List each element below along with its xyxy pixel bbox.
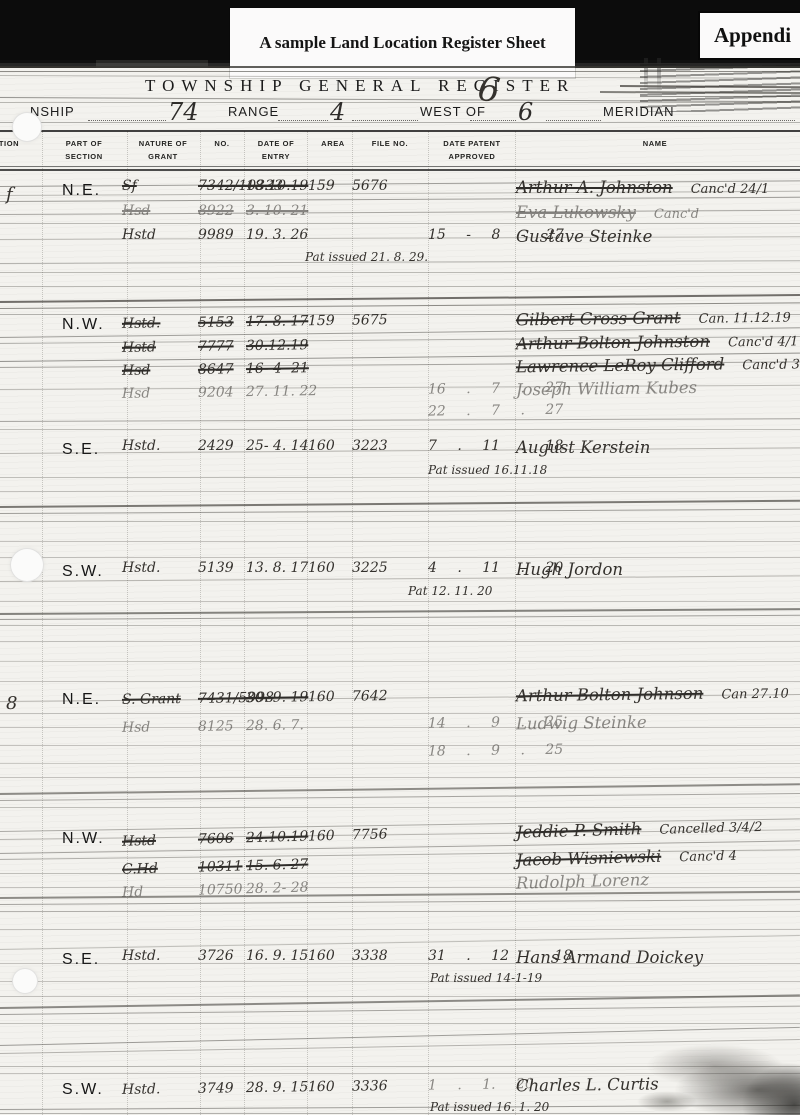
scan-streak-line	[0, 491, 800, 492]
entry-name: Ludwig Steinke	[516, 713, 647, 734]
entry-nature: Hstd.	[122, 560, 160, 576]
entry-nature: Hstd.	[122, 315, 161, 332]
entry-nature: Hsd	[122, 362, 151, 378]
column-header: PART OF SECTION	[39, 138, 129, 164]
scan-streak-line	[0, 314, 800, 315]
scan-streak-line	[0, 625, 800, 626]
entry-no: 9204	[198, 384, 234, 400]
scan-streak-line	[0, 1023, 800, 1024]
column-header: FILE NO.	[345, 138, 435, 151]
scan-streak-line	[0, 929, 800, 930]
entry-name: Joseph William Kubes	[516, 378, 697, 400]
patent-issued-note: Pat issued 14-1-19	[430, 971, 542, 985]
entry-nature: C.Hd	[122, 861, 158, 878]
appendix-label-box: Appendi	[700, 13, 800, 58]
scan-streak-line	[0, 71, 800, 72]
entry-name: Eva Lukowsky	[516, 203, 636, 222]
entry-no: 9989	[198, 227, 234, 243]
scan-streak-line	[0, 102, 800, 103]
scan-streak-line	[0, 272, 800, 273]
scan-streak-line	[0, 981, 800, 982]
entry-no: 5153	[198, 314, 234, 330]
entry-name: Arthur Bolton Johnston	[516, 332, 710, 354]
scan-streak-line	[0, 713, 800, 714]
entry-file: 3225	[352, 560, 388, 576]
scan-streak-line	[0, 477, 800, 478]
scan-streak-line	[0, 294, 800, 303]
entry-nature: Hstd	[122, 227, 156, 243]
entry-cancel-note: Canc'd	[654, 207, 699, 222]
scan-streak-line	[0, 777, 800, 778]
table-rule-top	[0, 130, 800, 132]
scan-streak-line	[0, 521, 800, 522]
dotted-leader	[278, 104, 328, 121]
caption-text: A sample Land Location Register Sheet	[259, 33, 545, 53]
scan-streak-line	[0, 963, 800, 964]
scan-streak-line	[0, 681, 800, 682]
entry-cancel-note: Canc'd 30/1	[742, 357, 800, 373]
entry-no: 8922	[198, 203, 234, 219]
entry-patent: 22 . 7 . 27	[428, 402, 563, 420]
entry-name: Jacob Wisniewski	[516, 847, 662, 870]
scan-streak-line	[0, 641, 800, 642]
punch-hole	[10, 548, 44, 582]
entry-file: 3223	[352, 438, 388, 454]
scan-streak-line	[0, 509, 800, 514]
scan-streak-line	[0, 807, 800, 808]
entry-date: 28. 9. 15	[246, 1079, 309, 1096]
scan-streak-line	[0, 66, 800, 68]
scan-streak-line	[0, 661, 800, 662]
entry-date: 24.10.19	[246, 829, 309, 847]
dotted-leader	[88, 104, 166, 121]
entry-file: 3338	[352, 948, 388, 964]
entry-name: August Kerstein	[516, 438, 650, 457]
scan-streak-line	[0, 887, 800, 888]
scan-streak-line	[0, 429, 800, 430]
scan-streak-line	[0, 500, 800, 508]
entry-file: 3336	[352, 1078, 388, 1094]
scan-streak-line	[0, 783, 800, 794]
scan-streak-line	[0, 615, 800, 620]
scan-streak-line	[0, 608, 800, 614]
entry-nature: Hsd	[122, 203, 150, 219]
dotted-leader	[546, 104, 601, 121]
scan-streak-line	[0, 727, 800, 728]
entry-date: 17. 8. 17	[246, 313, 309, 330]
entry-nature: Hstd	[122, 833, 156, 850]
entry-no: 8647	[198, 361, 234, 377]
entry-no: 3749	[198, 1080, 234, 1096]
scan-streak-line	[0, 223, 800, 224]
entry-area: 160	[308, 1079, 335, 1095]
scan-streak-line	[0, 745, 800, 746]
entry-date: 15. 6. 27	[246, 857, 309, 875]
entry-date: 19. 3. 26	[246, 227, 308, 243]
table-rule	[0, 166, 800, 167]
entry-date: 18.10.19	[246, 178, 308, 194]
entry-date: 16. 9. 15	[246, 948, 308, 964]
scan-streak-line	[0, 911, 800, 912]
entry-name: Gilbert Cross Grant	[516, 308, 681, 329]
entry-area: 160	[308, 560, 335, 576]
entry-file: 5676	[352, 178, 388, 194]
patent-issued-note: Pat 12. 11. 20	[408, 584, 492, 598]
scan-smudge-corner	[610, 1025, 800, 1115]
dotted-leader	[660, 104, 795, 121]
entry-no: 5139	[198, 560, 234, 576]
appendix-text: Appendi	[714, 23, 791, 48]
punch-hole	[12, 112, 42, 142]
scan-streak-line	[0, 763, 800, 764]
entry-date: 13. 8. 17	[246, 560, 308, 576]
entry-no: 3726	[198, 948, 234, 964]
column-header: NAME	[565, 138, 745, 151]
scan-streak-line	[0, 793, 800, 801]
register-sheet: A sample Land Location Register Sheet Ap…	[0, 0, 800, 1115]
entry-area: 159	[308, 313, 335, 329]
entry-area: 160	[308, 689, 335, 705]
scan-streak-line	[0, 286, 800, 287]
entry-area: 160	[308, 948, 335, 964]
entry-name: Lawrence LeRoy Clifford	[516, 354, 725, 376]
range-label: RANGE	[228, 104, 279, 119]
register-entry-line: Hstd.372616. 9. 15160333831 . 12 . 18Han…	[0, 948, 800, 970]
scan-streak-line	[0, 873, 800, 874]
entry-date: 16- 4- 21	[246, 360, 309, 377]
entry-file: 7642	[352, 688, 388, 704]
entry-nature: Hstd.	[122, 1081, 161, 1098]
entry-date: 3. 10. 21	[246, 203, 308, 219]
patent-issued-note: Pat issued 16.11.18	[428, 463, 547, 477]
scan-streak-line	[0, 541, 800, 542]
entry-no: 7606	[198, 831, 234, 848]
scan-streak-line	[0, 601, 800, 602]
scan-streak-line	[0, 1006, 800, 1015]
column-header: DATE PATENT APPROVED	[427, 138, 517, 164]
entry-date: 27. 11. 22	[246, 383, 317, 400]
entry-cancel-note: Can. 11.12.19	[698, 311, 790, 327]
entry-date: 28. 6. 7.	[246, 717, 304, 734]
township-line: NSHIP 74 RANGE 4 WEST OF 6 MERIDIAN	[0, 104, 800, 130]
scan-streak-line	[0, 122, 800, 123]
dotted-leader	[470, 104, 516, 121]
entry-cancel-note: Canc'd 24/1	[691, 182, 770, 197]
entry-cancel-note: Cancelled 3/4/2	[659, 820, 762, 838]
register-entry-line: 18 . 9 . 25	[0, 738, 800, 771]
entry-nature: Hstd.	[122, 948, 160, 964]
scan-streak-line	[640, 96, 800, 97]
punch-hole	[12, 968, 38, 994]
entry-area: 159	[308, 178, 335, 194]
dotted-leader	[352, 104, 418, 121]
register-title: TOWNSHIP GENERAL REGISTER	[145, 76, 575, 96]
table-rule-bottom	[0, 169, 800, 171]
entry-name: Hans Armand Doickey	[516, 948, 703, 967]
scan-streak-line	[0, 557, 800, 558]
